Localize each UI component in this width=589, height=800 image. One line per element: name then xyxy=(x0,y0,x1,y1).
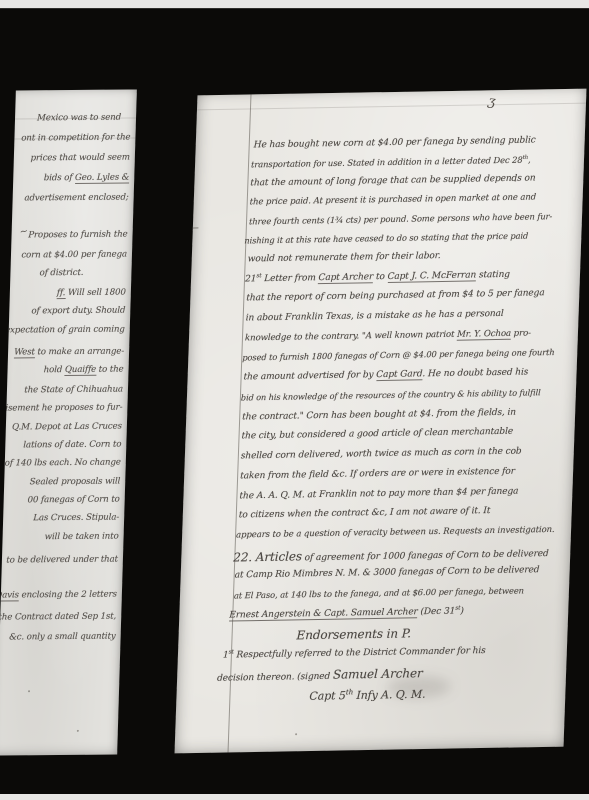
manuscript-line: shelled corn delivered, worth twice as m… xyxy=(241,447,522,462)
handwriting-segment: in about Franklin Texas, is a mistake as… xyxy=(245,309,503,324)
underlined-name: Capt Gard xyxy=(376,369,423,381)
manuscript-line: decision thereon. (signed Samuel Archer xyxy=(217,666,423,684)
underlined-name: Ernest Angerstein & Capt. Samuel Archer xyxy=(229,607,418,621)
manuscript-line: ont in competition for the xyxy=(21,133,130,144)
handwriting-segment: the price paid. At present it is purchas… xyxy=(250,192,537,207)
handwriting-segment: Letter from xyxy=(261,273,318,284)
manuscript-line: 00 fanegas of Corn to xyxy=(27,495,119,506)
manuscript-line: the A. A. Q. M. at Franklin not to pay m… xyxy=(239,487,518,502)
handwriting-segment: transportation for use. Stated in additi… xyxy=(251,155,523,170)
manuscript-line: taken from the field &c. If orders are o… xyxy=(240,467,515,482)
handwriting-segment: ont in competition for the xyxy=(21,133,130,144)
manuscript-line: the city, but considered a good article … xyxy=(241,427,513,442)
handwriting-segment: &c. only a small quantity xyxy=(9,632,116,643)
manuscript-line: ff. Will sell 1800 xyxy=(57,288,126,299)
handwriting-segment: of agreement for 1000 fanegas of Corn to… xyxy=(302,549,549,563)
manuscript-line: Davis enclosing the 2 letters xyxy=(0,590,117,601)
handwriting-segment: will be taken into xyxy=(45,532,119,543)
handwriting-segment: Mexico was to send xyxy=(37,113,121,124)
handwriting-segment: at Camp Rio Mimbres N. M. & 3000 fanegas… xyxy=(235,565,540,580)
handwriting-segment: Will sell 1800 xyxy=(65,288,126,299)
manuscript-line: in about Franklin Texas, is a mistake as… xyxy=(245,309,503,324)
handwriting-segment: nishing it at this rate have ceased to d… xyxy=(244,231,528,246)
handwriting-segment: prices that would seem xyxy=(30,153,130,164)
handwriting-segment: corn at $4.00 per fanega xyxy=(21,250,127,261)
handwriting-segment: at El Paso, at 140 lbs to the fanega, an… xyxy=(234,585,524,600)
manuscript-line: Endorsements in P. xyxy=(296,626,411,642)
handwriting-segment: 22. Articles xyxy=(233,549,302,564)
handwriting-segment: Sealed proposals will xyxy=(30,477,121,488)
manuscript-line: knowledge to the contrary. "A well known… xyxy=(245,328,531,343)
handwriting-segment: the amount advertised for by xyxy=(243,370,376,382)
manuscript-line: the amount advertised for by Capt Gard. … xyxy=(243,367,528,382)
handwriting-segment: of 140 lbs each. No change xyxy=(5,458,121,469)
handwriting-segment: to make an arrange- xyxy=(35,347,125,358)
handwriting-segment: Infy A. Q. M. xyxy=(353,688,426,702)
manuscript-line: of export duty. Should xyxy=(31,306,125,317)
handwriting-segment: advertisement he proposes to fur- xyxy=(0,403,123,414)
manuscript-line: to citizens when the contract &c, I am n… xyxy=(239,506,491,520)
manuscript-line: advertisement he proposes to fur- xyxy=(0,403,123,414)
manuscript-line: Proposes to furnish the xyxy=(28,230,128,241)
handwriting-segment: decision thereon. (signed xyxy=(217,672,333,684)
underlined-name: Geo. Lyles & xyxy=(75,173,130,184)
manuscript-line: West to make an arrange- xyxy=(14,347,124,358)
manuscript-line: Capt 5th Infy A. Q. M. xyxy=(309,686,426,703)
microfilm-frame: ∼ Mexico was to sendont in competition f… xyxy=(0,0,589,800)
manuscript-line: of 140 lbs each. No change xyxy=(5,458,121,469)
handwriting-segment: shelled corn delivered, worth twice as m… xyxy=(241,447,522,462)
handwriting-segment: to xyxy=(373,272,388,282)
handwriting-segment: knowledge to the contrary. "A well known… xyxy=(245,330,457,344)
underlined-name: Davis xyxy=(0,590,19,601)
handwriting-segment: 21 xyxy=(245,274,257,284)
manuscript-line: at El Paso, at 140 lbs to the fanega, an… xyxy=(234,585,524,600)
manuscript-line: the Contract dated Sep 1st, xyxy=(0,612,116,623)
handwriting-segment: bid on his knowledge of the resources of… xyxy=(241,387,541,402)
manuscript-line: that the report of corn being purchased … xyxy=(246,288,545,303)
handwriting-segment: Q.M. Depot at Las Cruces xyxy=(12,422,122,433)
handwriting-segment: Respectfully referred to the District Co… xyxy=(234,646,486,660)
handwriting-segment: , xyxy=(528,155,531,165)
handwriting-segment: of export duty. Should xyxy=(31,306,125,317)
handwriting-segment: ) xyxy=(460,606,464,616)
handwriting-segment: advertisement enclosed; xyxy=(24,193,129,204)
manuscript-line: at Camp Rio Mimbres N. M. & 3000 fanegas… xyxy=(235,565,540,580)
manuscript-line: appears to be a question of veracity bet… xyxy=(236,525,555,541)
manuscript-line: transportation for use. Stated in additi… xyxy=(251,155,531,170)
manuscript-line: lations of date. Corn to xyxy=(23,440,121,451)
manuscript-line: bids of Geo. Lyles & xyxy=(44,173,130,184)
handwriting-segment: stating xyxy=(476,270,510,281)
manuscript-line: 21st Letter from Capt Archer to Capt J. … xyxy=(245,269,510,285)
manuscript-line: posed to furnish 1800 fanegas of Corn @ … xyxy=(242,347,555,362)
handwriting-segment: the contract." Corn has been bought at $… xyxy=(242,408,516,423)
manuscript-line: three fourth cents (1¾ cts) per pound. S… xyxy=(249,211,553,226)
underlined-name: West xyxy=(14,347,35,358)
left-page-fragment: ∼ Mexico was to sendont in competition f… xyxy=(0,89,137,755)
manuscript-line: the contract." Corn has been bought at $… xyxy=(242,408,516,423)
manuscript-line: hold Quaiffe to the xyxy=(44,365,124,376)
handwriting-segment: the Contract dated Sep 1st, xyxy=(0,612,116,623)
manuscript-line: He has bought new corn at $4.00 per fane… xyxy=(254,135,536,150)
handwriting-segment: expectation of grain coming xyxy=(5,325,125,336)
main-page: ʒ — He has bought new corn at $4.00 per … xyxy=(175,89,587,754)
handwriting-segment: appears to be a question of veracity bet… xyxy=(236,525,555,541)
handwriting-segment: three fourth cents (1¾ cts) per pound. S… xyxy=(249,211,553,226)
manuscript-line: corn at $4.00 per fanega xyxy=(21,250,127,261)
handwriting-segment: . He no doubt based his xyxy=(422,367,528,379)
manuscript-line: 1st Respectfully referred to the Distric… xyxy=(223,645,486,661)
manuscript-line: bid on his knowledge of the resources of… xyxy=(241,387,541,402)
handwriting-segment: taken from the field &c. If orders are o… xyxy=(240,467,515,482)
manuscript-line: Ernest Angerstein & Capt. Samuel Archer … xyxy=(229,605,464,620)
handwriting-segment: the city, but considered a good article … xyxy=(241,427,513,442)
handwriting-segment: that the amount of long forage that can … xyxy=(250,173,535,188)
manuscript-line: will be taken into xyxy=(45,532,119,543)
handwriting-segment: that the report of corn being purchased … xyxy=(246,288,545,303)
manuscript-line: of district. xyxy=(39,268,83,278)
underlined-name: ff. xyxy=(57,288,66,299)
underlined-name: Capt Archer xyxy=(318,272,373,284)
manuscript-line: would not remunerate them for their labo… xyxy=(248,251,441,264)
handwriting-segment: the A. A. Q. M. at Franklin not to pay m… xyxy=(239,487,518,502)
handwriting-segment: enclosing the 2 letters xyxy=(19,590,117,601)
manuscript-line: to be delivered under that xyxy=(6,555,118,566)
handwriting-segment: posed to furnish 1800 fanegas of Corn @ … xyxy=(242,347,555,362)
manuscript-line: expectation of grain coming xyxy=(5,325,125,336)
left-page-text-block: Mexico was to sendont in competition for… xyxy=(0,89,137,755)
manuscript-line: Las Cruces. Stipula- xyxy=(33,513,119,524)
manuscript-line: &c. only a small quantity xyxy=(9,632,116,643)
handwriting-segment: to be delivered under that xyxy=(6,555,118,566)
manuscript-text-block: He has bought new corn at $4.00 per fane… xyxy=(175,89,587,754)
handwriting-segment: Las Cruces. Stipula- xyxy=(33,513,119,524)
handwriting-segment: to the xyxy=(96,365,124,375)
handwriting-segment: 00 fanegas of Corn to xyxy=(27,495,119,506)
handwriting-segment: would not remunerate them for their labo… xyxy=(248,251,441,264)
handwriting-segment: hold xyxy=(44,365,65,375)
manuscript-line: advertisement enclosed; xyxy=(24,193,129,204)
underlined-name: Quaiffe xyxy=(65,365,97,376)
handwriting-segment: of district. xyxy=(39,268,83,278)
manuscript-line: that the amount of long forage that can … xyxy=(250,173,535,188)
handwriting-segment: lations of date. Corn to xyxy=(23,440,121,451)
handwriting-segment: to citizens when the contract &c, I am n… xyxy=(239,506,491,520)
handwriting-segment: Endorsements in P. xyxy=(296,626,411,642)
film-edge-strip-top xyxy=(0,0,589,8)
handwriting-segment: Capt 5 xyxy=(309,689,346,703)
manuscript-line: 22. Articles of agreement for 1000 faneg… xyxy=(233,545,549,565)
handwriting-segment: the State of Chihuahua xyxy=(24,385,123,396)
handwriting-segment: Samuel Archer xyxy=(333,666,423,682)
manuscript-line: Q.M. Depot at Las Cruces xyxy=(12,422,122,433)
handwriting-segment: bids of xyxy=(44,173,75,183)
manuscript-line: Mexico was to send xyxy=(37,113,121,124)
handwriting-segment: (Dec 31 xyxy=(418,607,456,618)
underlined-name: Mr. Y. Ochoa xyxy=(457,329,511,341)
handwriting-segment: He has bought new corn at $4.00 per fane… xyxy=(254,135,536,150)
film-edge-strip-bottom xyxy=(0,794,589,800)
manuscript-line: prices that would seem xyxy=(30,153,130,164)
manuscript-line: the price paid. At present it is purchas… xyxy=(250,192,537,207)
manuscript-line: nishing it at this rate have ceased to d… xyxy=(244,231,528,246)
manuscript-line: the State of Chihuahua xyxy=(24,385,123,396)
handwriting-segment: Proposes to furnish the xyxy=(28,230,128,241)
underlined-name: Capt J. C. McFerran xyxy=(387,270,476,283)
handwriting-segment: pro- xyxy=(511,328,531,338)
manuscript-line: Sealed proposals will xyxy=(30,477,121,488)
